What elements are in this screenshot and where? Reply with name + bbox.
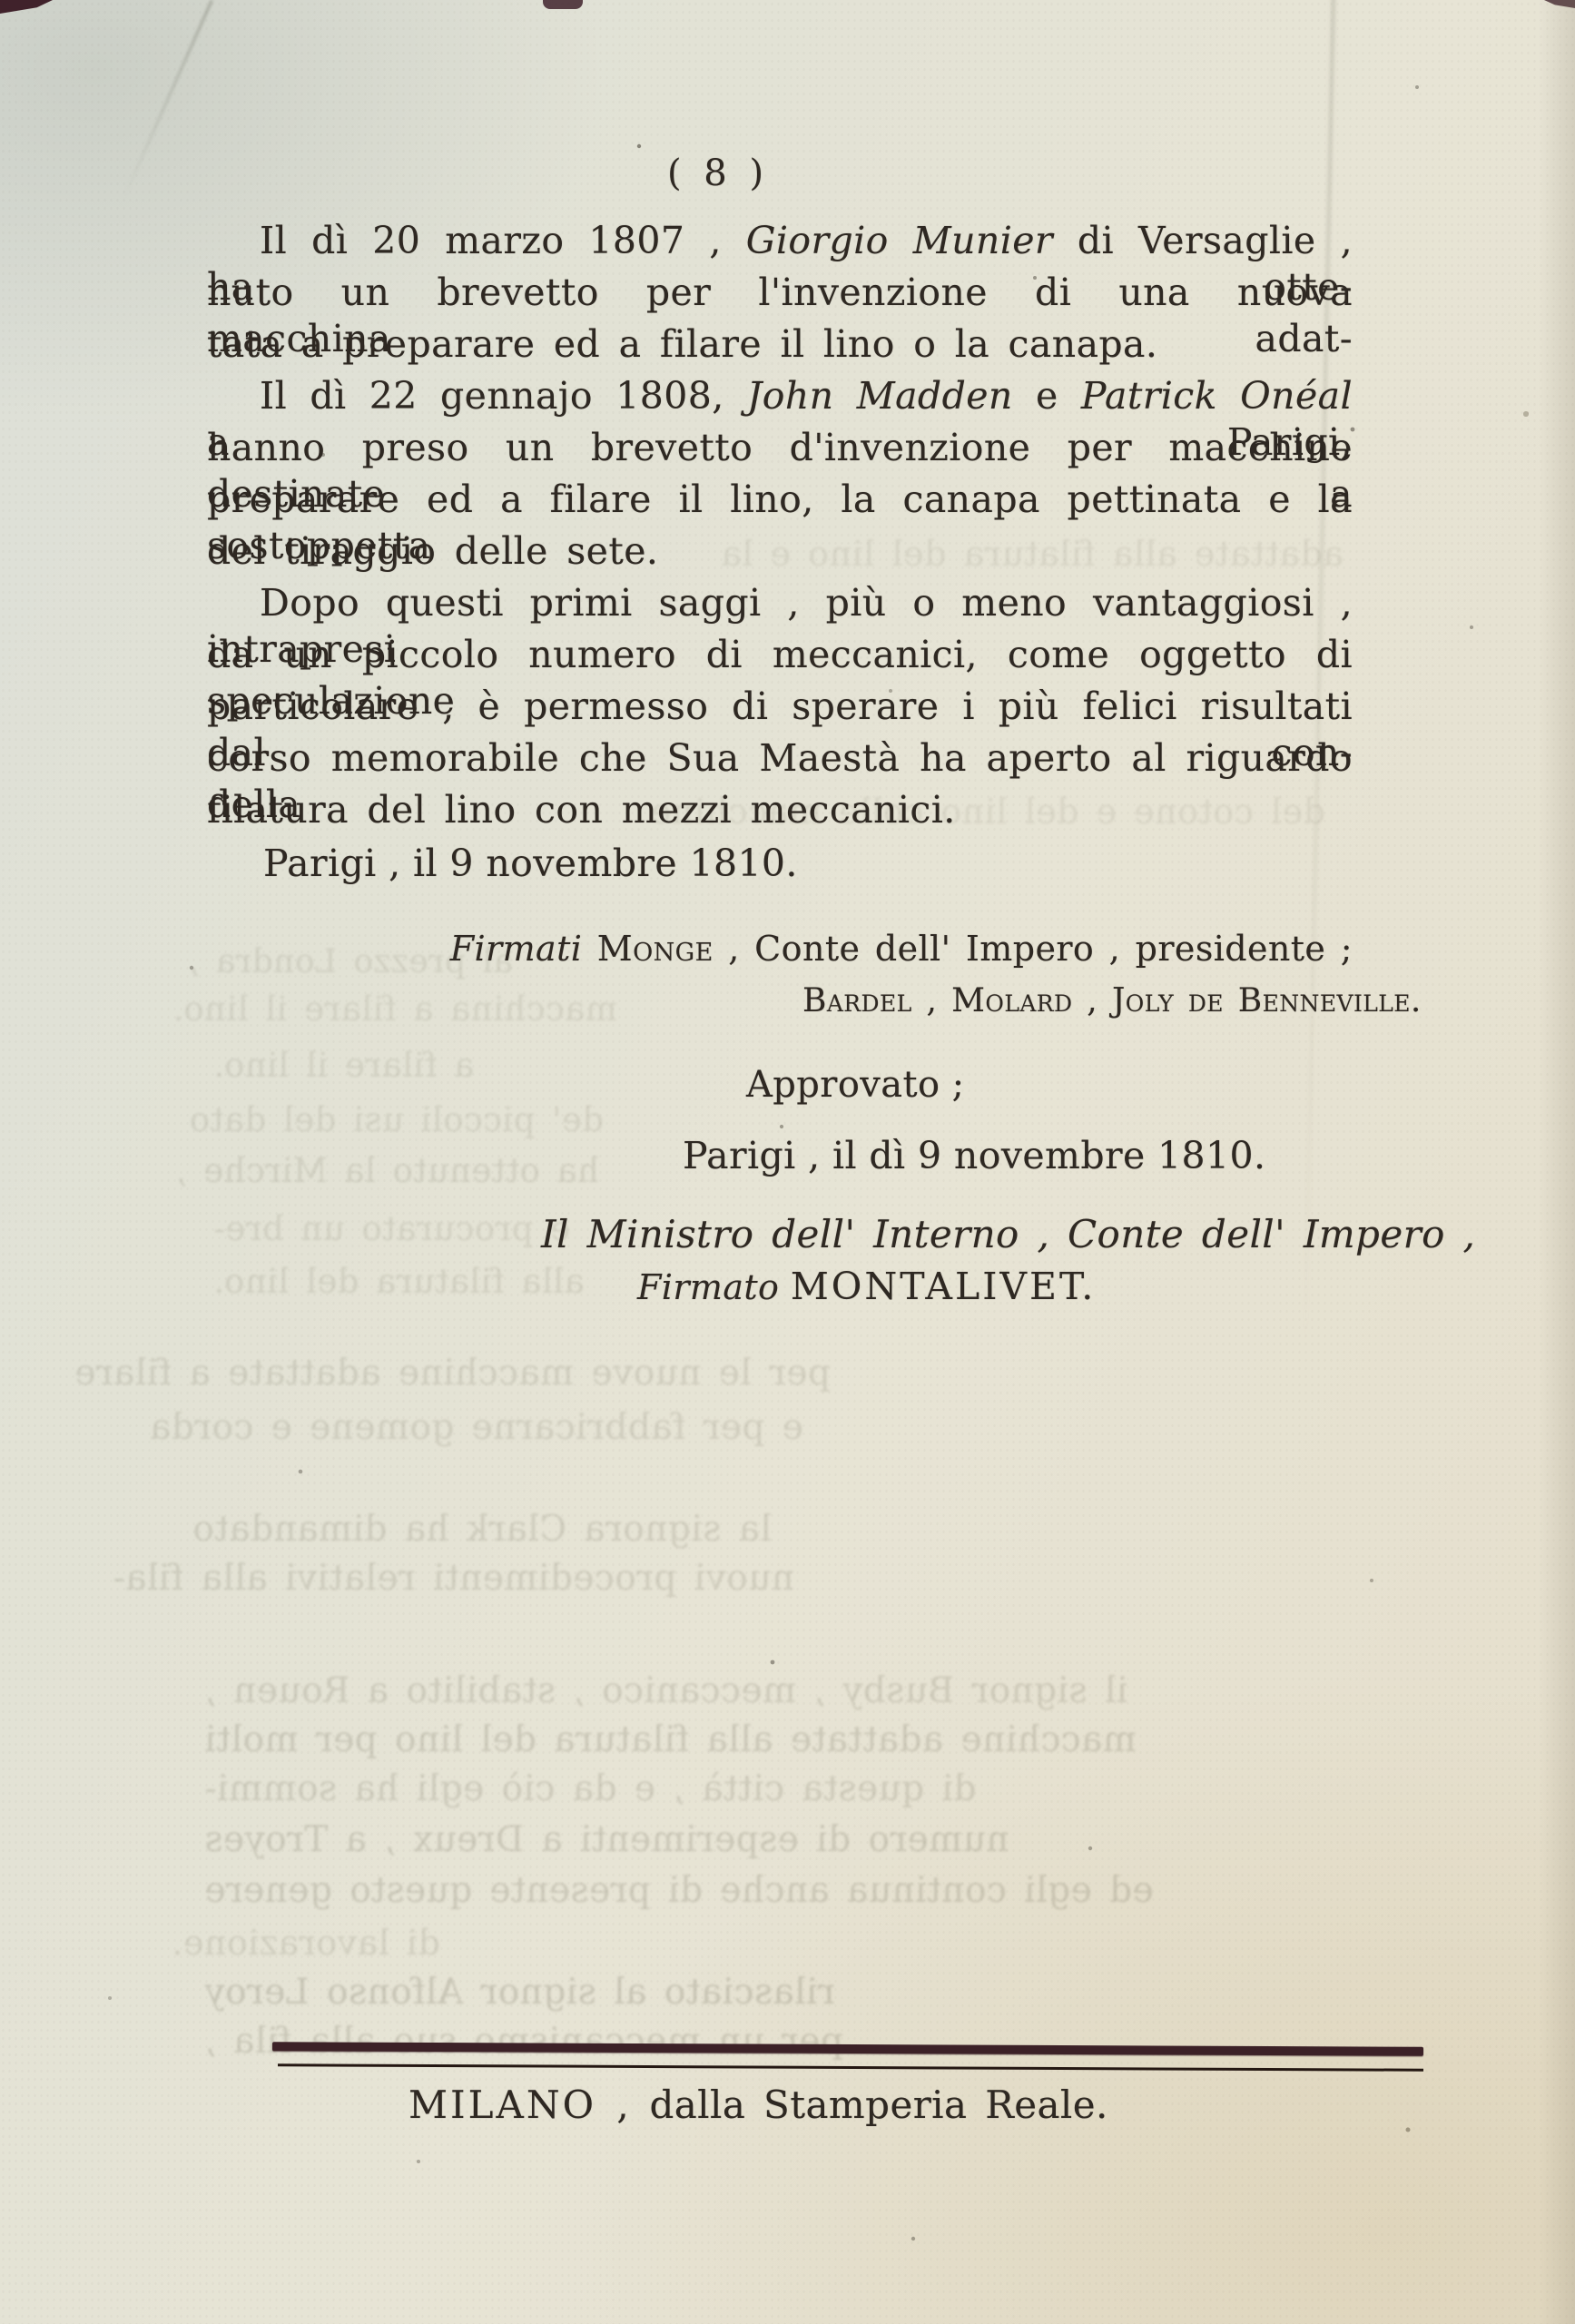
approvato-line: Approvato ; [746,1062,965,1108]
paragraph-2-line-4: del tiraggio delle sete. [207,528,1353,575]
minister-title-line: Il Ministro dell' Interno , Conte dell' … [541,1211,1475,1259]
bleedthrough-line: nuovi procedimenti relativi alla fila- [204,1558,794,1600]
bleedthrough-line: ed egli continua anche di presente quest… [204,1870,1230,1913]
page-number: ( 8 ) [145,151,1291,196]
bleedthrough-line: alla filatura del lino. [213,1262,604,1302]
bleedthrough-line: per le nuove macchine adattate a filare [204,1353,831,1395]
imprint-line: MILANO , dalla Stamperia Reale. [409,2082,1098,2130]
bleedthrough-line: di questa città , e da ciò egli ha sommi… [204,1768,1239,1811]
bleedthrough-line: ha ottenuto la Mirche , [218,1151,599,1191]
italic-name-john-madden: John Madden [747,374,1013,418]
text-run: , Conte dell' Impero , presidente ; [714,929,1353,969]
signer-name-monge: Monge [597,929,714,969]
bleedthrough-line: rilasciato al signor Alfonso Leroy [204,1972,1021,2014]
imprint-city: MILANO , [409,2083,632,2127]
bleedthrough-line: a filare il lino. [213,1046,586,1086]
italic-name-patrick-oneal: Patrick Onéal [1081,374,1353,418]
text-run: Il dì 20 marzo 1807 , [260,219,746,262]
bleedthrough-line: de' piccoli usi del dato [213,1100,604,1140]
text-run: e [1013,374,1081,418]
dateline-paris: Parigi , il 9 novembre 1810. [263,841,798,887]
signer-name-montalivet: MONTALIVET. [791,1265,1097,1308]
paper-specks [0,0,2,2]
scan-edge-mark-top-left [0,0,53,14]
bleedthrough-line: il signor Busby , meccanico , stabilito … [204,1670,1239,1713]
italic-name-giorgio-munier: Giorgio Munier [746,219,1053,262]
scan-edge-mark-top-right [1544,0,1575,8]
bleedthrough-line: e per fabbricarne gomene e corda [204,1407,803,1450]
firmati-label: Firmati [450,929,597,969]
bleedthrough-line: macchina a filare il lino. [227,990,617,1029]
page-edge-shadow [1539,0,1575,2324]
text-run: Il dì 22 gennajo 1808, [260,374,747,418]
bleedthrough-line: di lavorazione. [204,1923,440,1965]
scan-edge-mark-top-center [543,0,583,9]
scanned-document-page: adattate alla filatura del lino e la del… [0,0,1575,2324]
firmato-label: Firmato [637,1267,791,1307]
paragraph-1-line-3: tata a preparare ed a filare il lino o l… [207,321,1353,368]
signature-line-monge: Firmati Monge , Conte dell' Impero , pre… [207,928,1353,971]
signature-line-commissioners: Bardel , Molard , Joly de Benneville. [802,980,1422,1021]
approval-dateline: Parigi , il dì 9 novembre 1810. [683,1133,1265,1179]
bleedthrough-line: macchine adattate alla filatura del lino… [204,1719,1248,1762]
imprint-publisher: dalla Stamperia Reale. [632,2083,1108,2127]
signature-line-montalivet: Firmato MONTALIVET. [637,1264,1096,1310]
bleedthrough-line: la signora Clark ha dimandato [209,1509,772,1551]
footer-rule-thin [278,2063,1423,2072]
bleedthrough-line: numero di esperimenti a Dreux , a Troyes [204,1819,1239,1862]
paragraph-3-line-5: filatura del lino con mezzi meccanici. [207,787,1353,833]
